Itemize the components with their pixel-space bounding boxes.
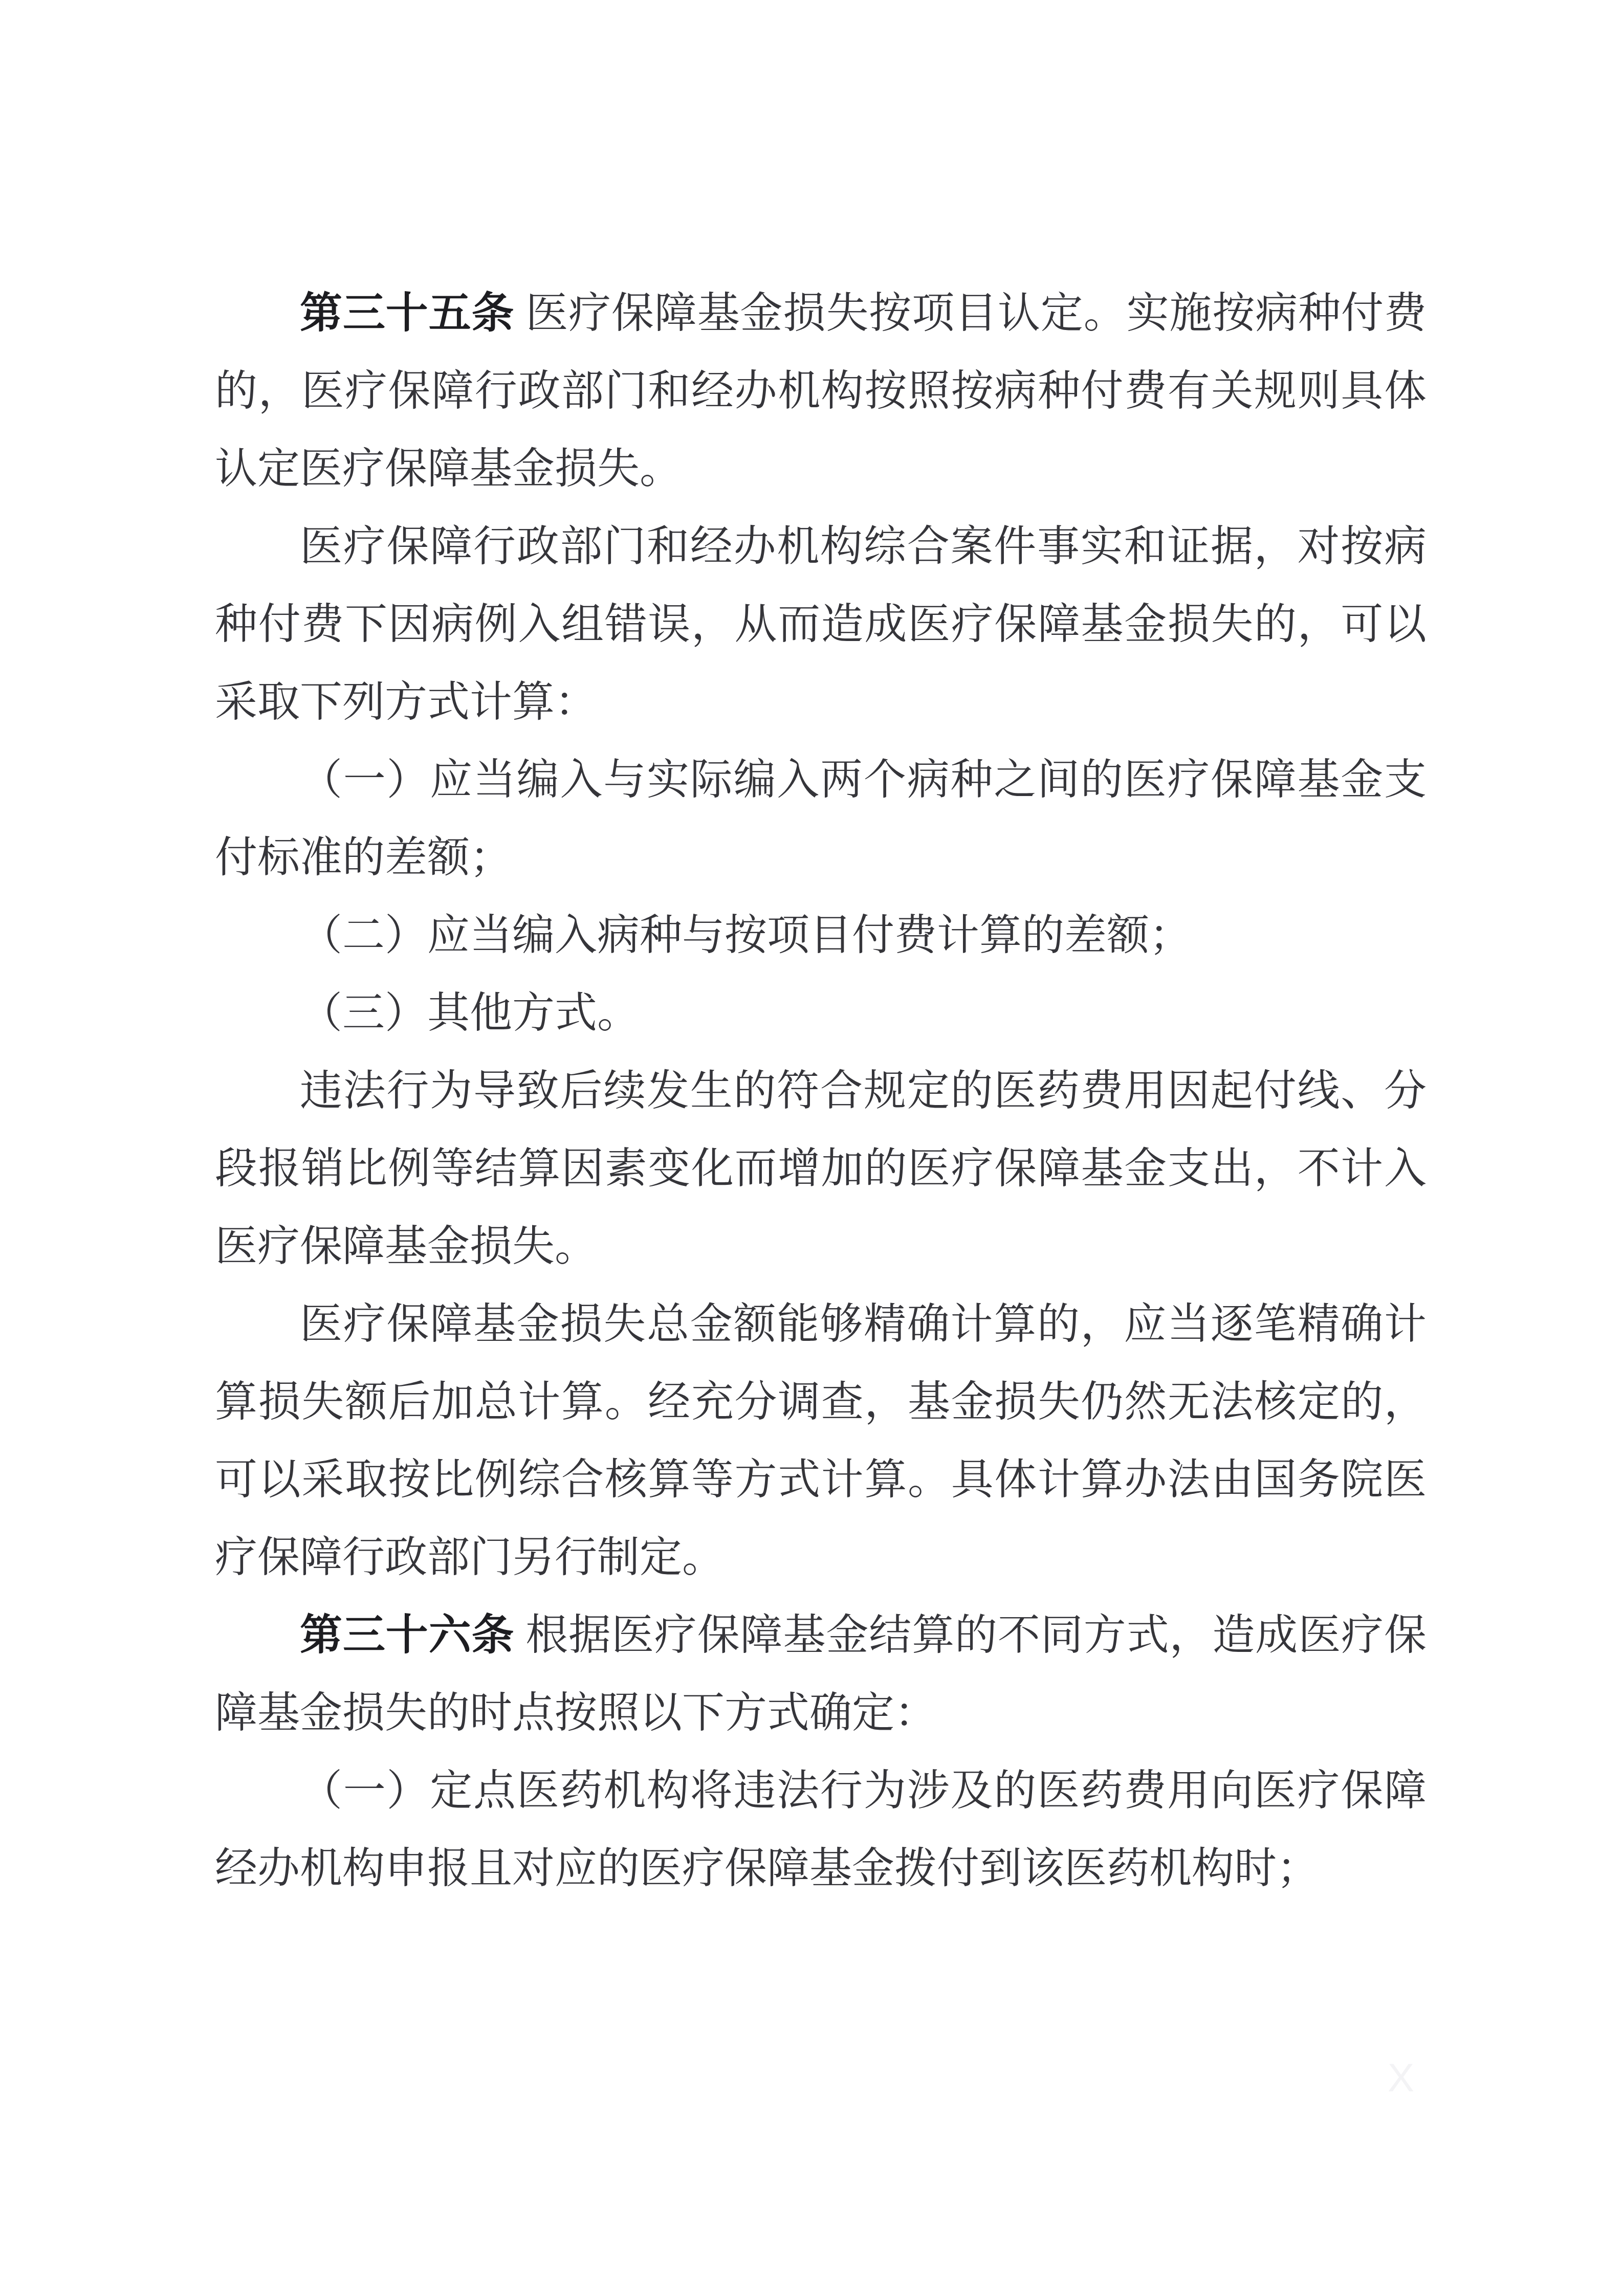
text-line: 算损失额后加总计算。经充分调查，基金损失仍然无法核定的， (215, 1363, 1427, 1441)
paragraph-8: 第三十六条 根据医疗保障基金结算的不同方式，造成医疗保障基金损失的时点按照以下方… (215, 1596, 1427, 1752)
paragraph-2: 医疗保障行政部门和经办机构综合案件事实和证据，对按病种付费下因病例入组错误，从而… (215, 507, 1427, 741)
paragraph-1: 第三十五条 医疗保障基金损失按项目认定。实施按病种付费的，医疗保障行政部门和经办… (215, 274, 1427, 507)
text-line: 段报销比例等结算因素变化而增加的医疗保障基金支出，不计入 (215, 1130, 1427, 1207)
text-line: 认定医疗保障基金损失。 (215, 430, 1427, 507)
paragraph-7: 医疗保障基金损失总金额能够精确计算的，应当逐笔精确计算损失额后加总计算。经充分调… (215, 1285, 1427, 1596)
text-line: （三）其他方式。 (215, 974, 1427, 1052)
paragraph-9: （一）定点医药机构将违法行为涉及的医药费用向医疗保障经办机构申报且对应的医疗保障… (215, 1752, 1427, 1907)
text-line: 第三十六条 根据医疗保障基金结算的不同方式，造成医疗保 (215, 1596, 1427, 1674)
text-line: （一）应当编入与实际编入两个病种之间的医疗保障基金支 (215, 741, 1427, 819)
text-line: 经办机构申报且对应的医疗保障基金拨付到该医药机构时； (215, 1829, 1427, 1907)
text-line: （二）应当编入病种与按项目付费计算的差额； (215, 896, 1427, 974)
article-number: 第三十五条 (300, 289, 514, 337)
paragraph-5: （三）其他方式。 (215, 974, 1427, 1052)
text-line: 的，医疗保障行政部门和经办机构按照按病种付费有关规则具体 (215, 352, 1427, 430)
watermark-x: X (1388, 2058, 1414, 2098)
text-line: 可以采取按比例综合核算等方式计算。具体计算办法由国务院医 (215, 1441, 1427, 1518)
document-page: 第三十五条 医疗保障基金损失按项目认定。实施按病种付费的，医疗保障行政部门和经办… (0, 0, 1623, 2296)
text-line: 第三十五条 医疗保障基金损失按项目认定。实施按病种付费 (215, 274, 1427, 352)
text-line: 付标准的差额； (215, 819, 1427, 896)
text-line: 医疗保障基金损失。 (215, 1207, 1427, 1285)
text-line: 种付费下因病例入组错误，从而造成医疗保障基金损失的，可以 (215, 585, 1427, 663)
text-line: 违法行为导致后续发生的符合规定的医药费用因起付线、分 (215, 1052, 1427, 1130)
text-line: 采取下列方式计算： (215, 663, 1427, 741)
article-number: 第三十六条 (300, 1611, 514, 1659)
text-line: （一）定点医药机构将违法行为涉及的医药费用向医疗保障 (215, 1752, 1427, 1829)
text-line: 医疗保障行政部门和经办机构综合案件事实和证据，对按病 (215, 507, 1427, 585)
paragraph-6: 违法行为导致后续发生的符合规定的医药费用因起付线、分段报销比例等结算因素变化而增… (215, 1052, 1427, 1285)
paragraph-3: （一）应当编入与实际编入两个病种之间的医疗保障基金支付标准的差额； (215, 741, 1427, 896)
text-line: 疗保障行政部门另行制定。 (215, 1518, 1427, 1596)
document-body: 第三十五条 医疗保障基金损失按项目认定。实施按病种付费的，医疗保障行政部门和经办… (215, 274, 1427, 1907)
paragraph-4: （二）应当编入病种与按项目付费计算的差额； (215, 896, 1427, 974)
text-line: 医疗保障基金损失总金额能够精确计算的，应当逐笔精确计 (215, 1285, 1427, 1363)
text-line: 障基金损失的时点按照以下方式确定： (215, 1674, 1427, 1752)
